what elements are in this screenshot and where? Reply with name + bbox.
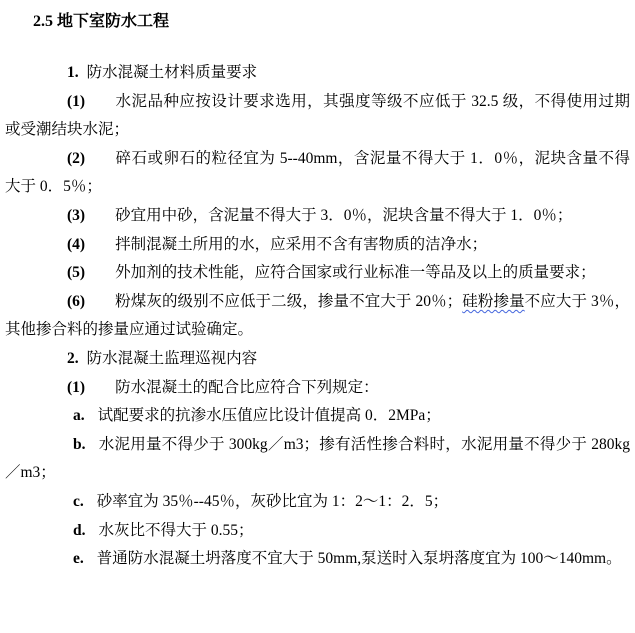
clause-2-1d: d.水灰比不得大于 0.55； (5, 517, 630, 546)
clause-2-1e-label: e. (73, 550, 84, 567)
clause-1-4-text: 拌制混凝土所用的水，应采用不含有害物质的洁净水； (115, 236, 487, 253)
clause-1-6: (6)粉煤灰的级别不应低于二级，掺量不宜大于 20％；硅粉掺量不应大于 3％，其… (5, 288, 630, 345)
clause-1-3-text: 砂宜用中砂，含泥量不得大于 3．0％，泥块含量不得大于 1．0％； (115, 207, 572, 224)
clause-2-1: (1)防水混凝土的配合比应符合下列规定： (5, 374, 630, 403)
clause-2-1a-text: 试配要求的抗渗水压值应比设计值提高 0．2MPa； (98, 407, 441, 424)
clause-2-1b: b.水泥用量不得少于 300kg／m3；掺有活性掺合料时，水泥用量不得少于 28… (5, 431, 630, 488)
clause-2-1e-text: 普通防水混凝土坍落度不宜大于 50mm,泵送时入泵坍落度宜为 100～140mm… (97, 550, 622, 567)
clause-2-1a: a.试配要求的抗渗水压值应比设计值提高 0．2MPa； (5, 402, 630, 431)
clause-1-5-text: 外加剂的技术性能，应符合国家或行业标准一等品及以上的质量要求； (115, 264, 596, 281)
clause-2-1a-label: a. (73, 407, 85, 424)
clause-1-4-label: (4) (67, 236, 85, 253)
clause-1-5-label: (5) (67, 264, 85, 281)
subsection-1-heading-text: 防水混凝土材料质量要求 (87, 64, 258, 81)
clause-1-1-label: (1) (67, 93, 85, 110)
clause-2-1c-label: c. (73, 493, 84, 510)
subsection-2-heading-text: 防水混凝土监理巡视内容 (87, 350, 258, 367)
clause-1-1-text: 水泥品种应按设计要求选用，其强度等级不应低于 32.5 级，不得使用过期或受潮结… (5, 93, 630, 139)
clause-2-1c-text: 砂率宜为 35％--45％，灰砂比宜为 1：2～1：2．5； (97, 493, 448, 510)
subsection-1-heading: 1.防水混凝土材料质量要求 (5, 59, 630, 88)
clause-2-1-label: (1) (67, 379, 85, 396)
clause-2-1c: c.砂率宜为 35％--45％，灰砂比宜为 1：2～1：2．5； (5, 488, 630, 517)
clause-2-1b-text: 水泥用量不得少于 300kg／m3；掺有活性掺合料时，水泥用量不得少于 280k… (5, 436, 630, 482)
clause-2-1-text: 防水混凝土的配合比应符合下列规定： (115, 379, 379, 396)
clause-1-4: (4)拌制混凝土所用的水，应采用不含有害物质的洁净水； (5, 231, 630, 260)
clause-1-3: (3)砂宜用中砂，含泥量不得大于 3．0％，泥块含量不得大于 1．0％； (5, 202, 630, 231)
subsection-1-label: 1. (67, 64, 79, 81)
subsection-2-label: 2. (67, 350, 79, 367)
clause-1-2-label: (2) (67, 150, 85, 167)
clause-1-6-label: (6) (67, 293, 85, 310)
clause-2-1d-text: 水灰比不得大于 0.55； (99, 522, 254, 539)
clause-1-1: (1)水泥品种应按设计要求选用，其强度等级不应低于 32.5 级，不得使用过期或… (5, 88, 630, 145)
clause-2-1e: e.普通防水混凝土坍落度不宜大于 50mm,泵送时入泵坍落度宜为 100～140… (5, 545, 630, 574)
clause-1-2: (2)碎石或卵石的粒径宜为 5--40mm，含泥量不得大于 1．0％，泥块含量不… (5, 145, 630, 202)
clause-1-6-text-before: 粉煤灰的级别不应低于二级，掺量不宜大于 20％； (115, 293, 462, 310)
clause-1-3-label: (3) (67, 207, 85, 224)
clause-1-5: (5)外加剂的技术性能，应符合国家或行业标准一等品及以上的质量要求； (5, 259, 630, 288)
spellcheck-underline: 硅粉掺量 (462, 293, 524, 310)
clause-1-2-text: 碎石或卵石的粒径宜为 5--40mm，含泥量不得大于 1．0％，泥块含量不得大于… (5, 150, 630, 196)
document-page: 2.5 地下室防水工程 1.防水混凝土材料质量要求 (1)水泥品种应按设计要求选… (0, 0, 635, 633)
doc-title: 2.5 地下室防水工程 (33, 10, 630, 33)
clause-2-1d-label: d. (73, 522, 86, 539)
subsection-2-heading: 2.防水混凝土监理巡视内容 (5, 345, 630, 374)
clause-2-1b-label: b. (73, 436, 86, 453)
